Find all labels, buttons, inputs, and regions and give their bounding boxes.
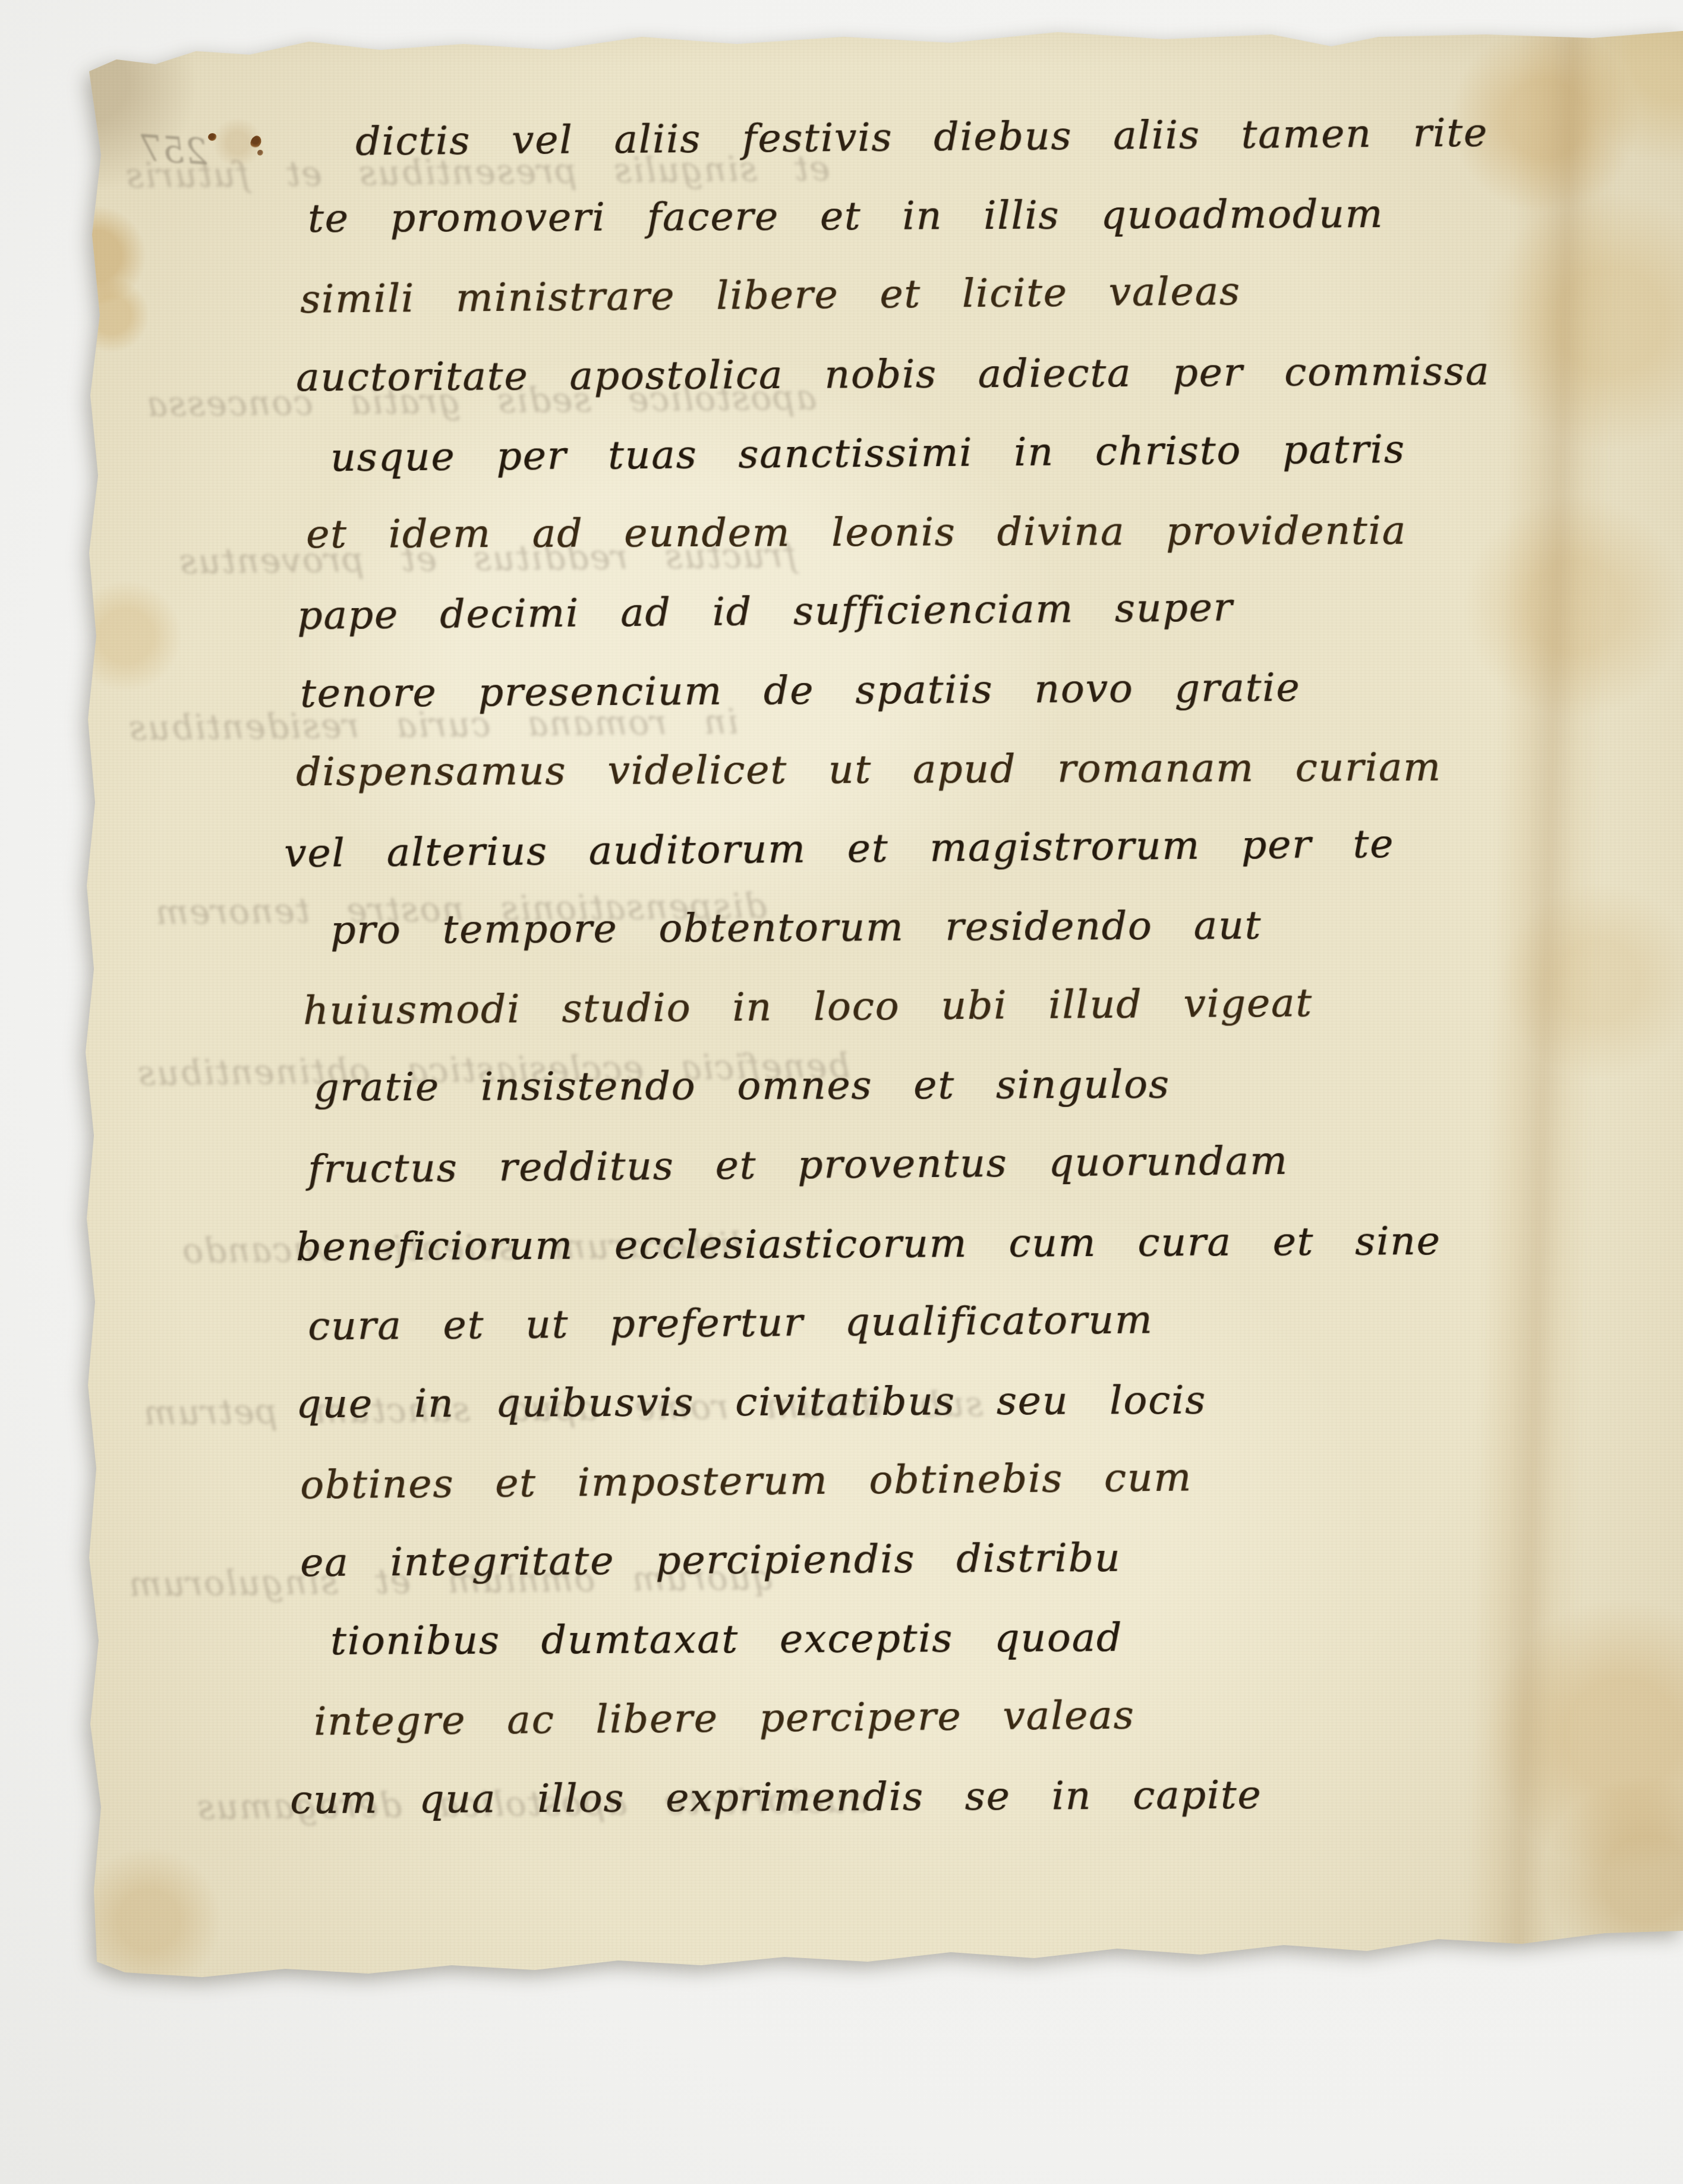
paper-shadow: 257 et singulis presentibus et futuris a…: [0, 0, 1683, 2184]
text-line: pape decimi ad id sufficienciam super: [297, 584, 1234, 638]
ink-spot: [208, 133, 217, 141]
ink-spot: [248, 134, 263, 150]
text-line: fructus redditus et proventus quorundam: [308, 1138, 1288, 1192]
text-line: usque per tuas sanctissimi in christo pa…: [330, 426, 1405, 480]
text-line: auctoritate apostolica nobis adiecta per…: [296, 348, 1490, 401]
text-line: te promoveri facere et in illis quoadmod…: [308, 191, 1383, 241]
text-line: tionibus dumtaxat exceptis quoad: [330, 1615, 1123, 1664]
text-line: tenore presencium de spatiis novo gratie: [300, 665, 1301, 716]
text-line: obtines et imposterum obtinebis cum: [300, 1454, 1192, 1508]
text-line: dispensamus videlicet ut apud romanam cu…: [296, 744, 1442, 795]
text-line: pro tempore obtentorum residendo aut: [330, 902, 1262, 953]
text-line: que in quibusvis civitatibus seu locis: [296, 1377, 1206, 1427]
text-line: cura et ut prefertur qualificatorum: [308, 1296, 1153, 1349]
text-line: simili ministrare libere et licite valea…: [300, 268, 1241, 322]
text-line: vel alterius auditorum et magistrorum pe…: [284, 821, 1395, 876]
text-line: integre ac libere percipere valeas: [314, 1692, 1135, 1745]
text-line: cum qua illos exprimendis se in capite: [290, 1772, 1262, 1823]
text-line: gratie insistendo omnes et singulos: [314, 1061, 1170, 1110]
text-line: et idem ad eundem leonis divina providen…: [306, 508, 1407, 557]
fold-crease: [1457, 0, 1625, 2184]
text-line: ea integritate percipiendis distribu: [300, 1535, 1121, 1585]
scanner-background: 257 et singulis presentibus et futuris a…: [0, 0, 1683, 2184]
text-line: dictis vel aliis festivis diebus aliis t…: [355, 110, 1488, 165]
manuscript-page: 257 et singulis presentibus et futuris a…: [0, 0, 1683, 2184]
text-line: huiusmodi studio in loco ubi illud vigea…: [303, 980, 1313, 1033]
text-line: beneficiorum ecclesiasticorum cum cura e…: [296, 1218, 1441, 1270]
